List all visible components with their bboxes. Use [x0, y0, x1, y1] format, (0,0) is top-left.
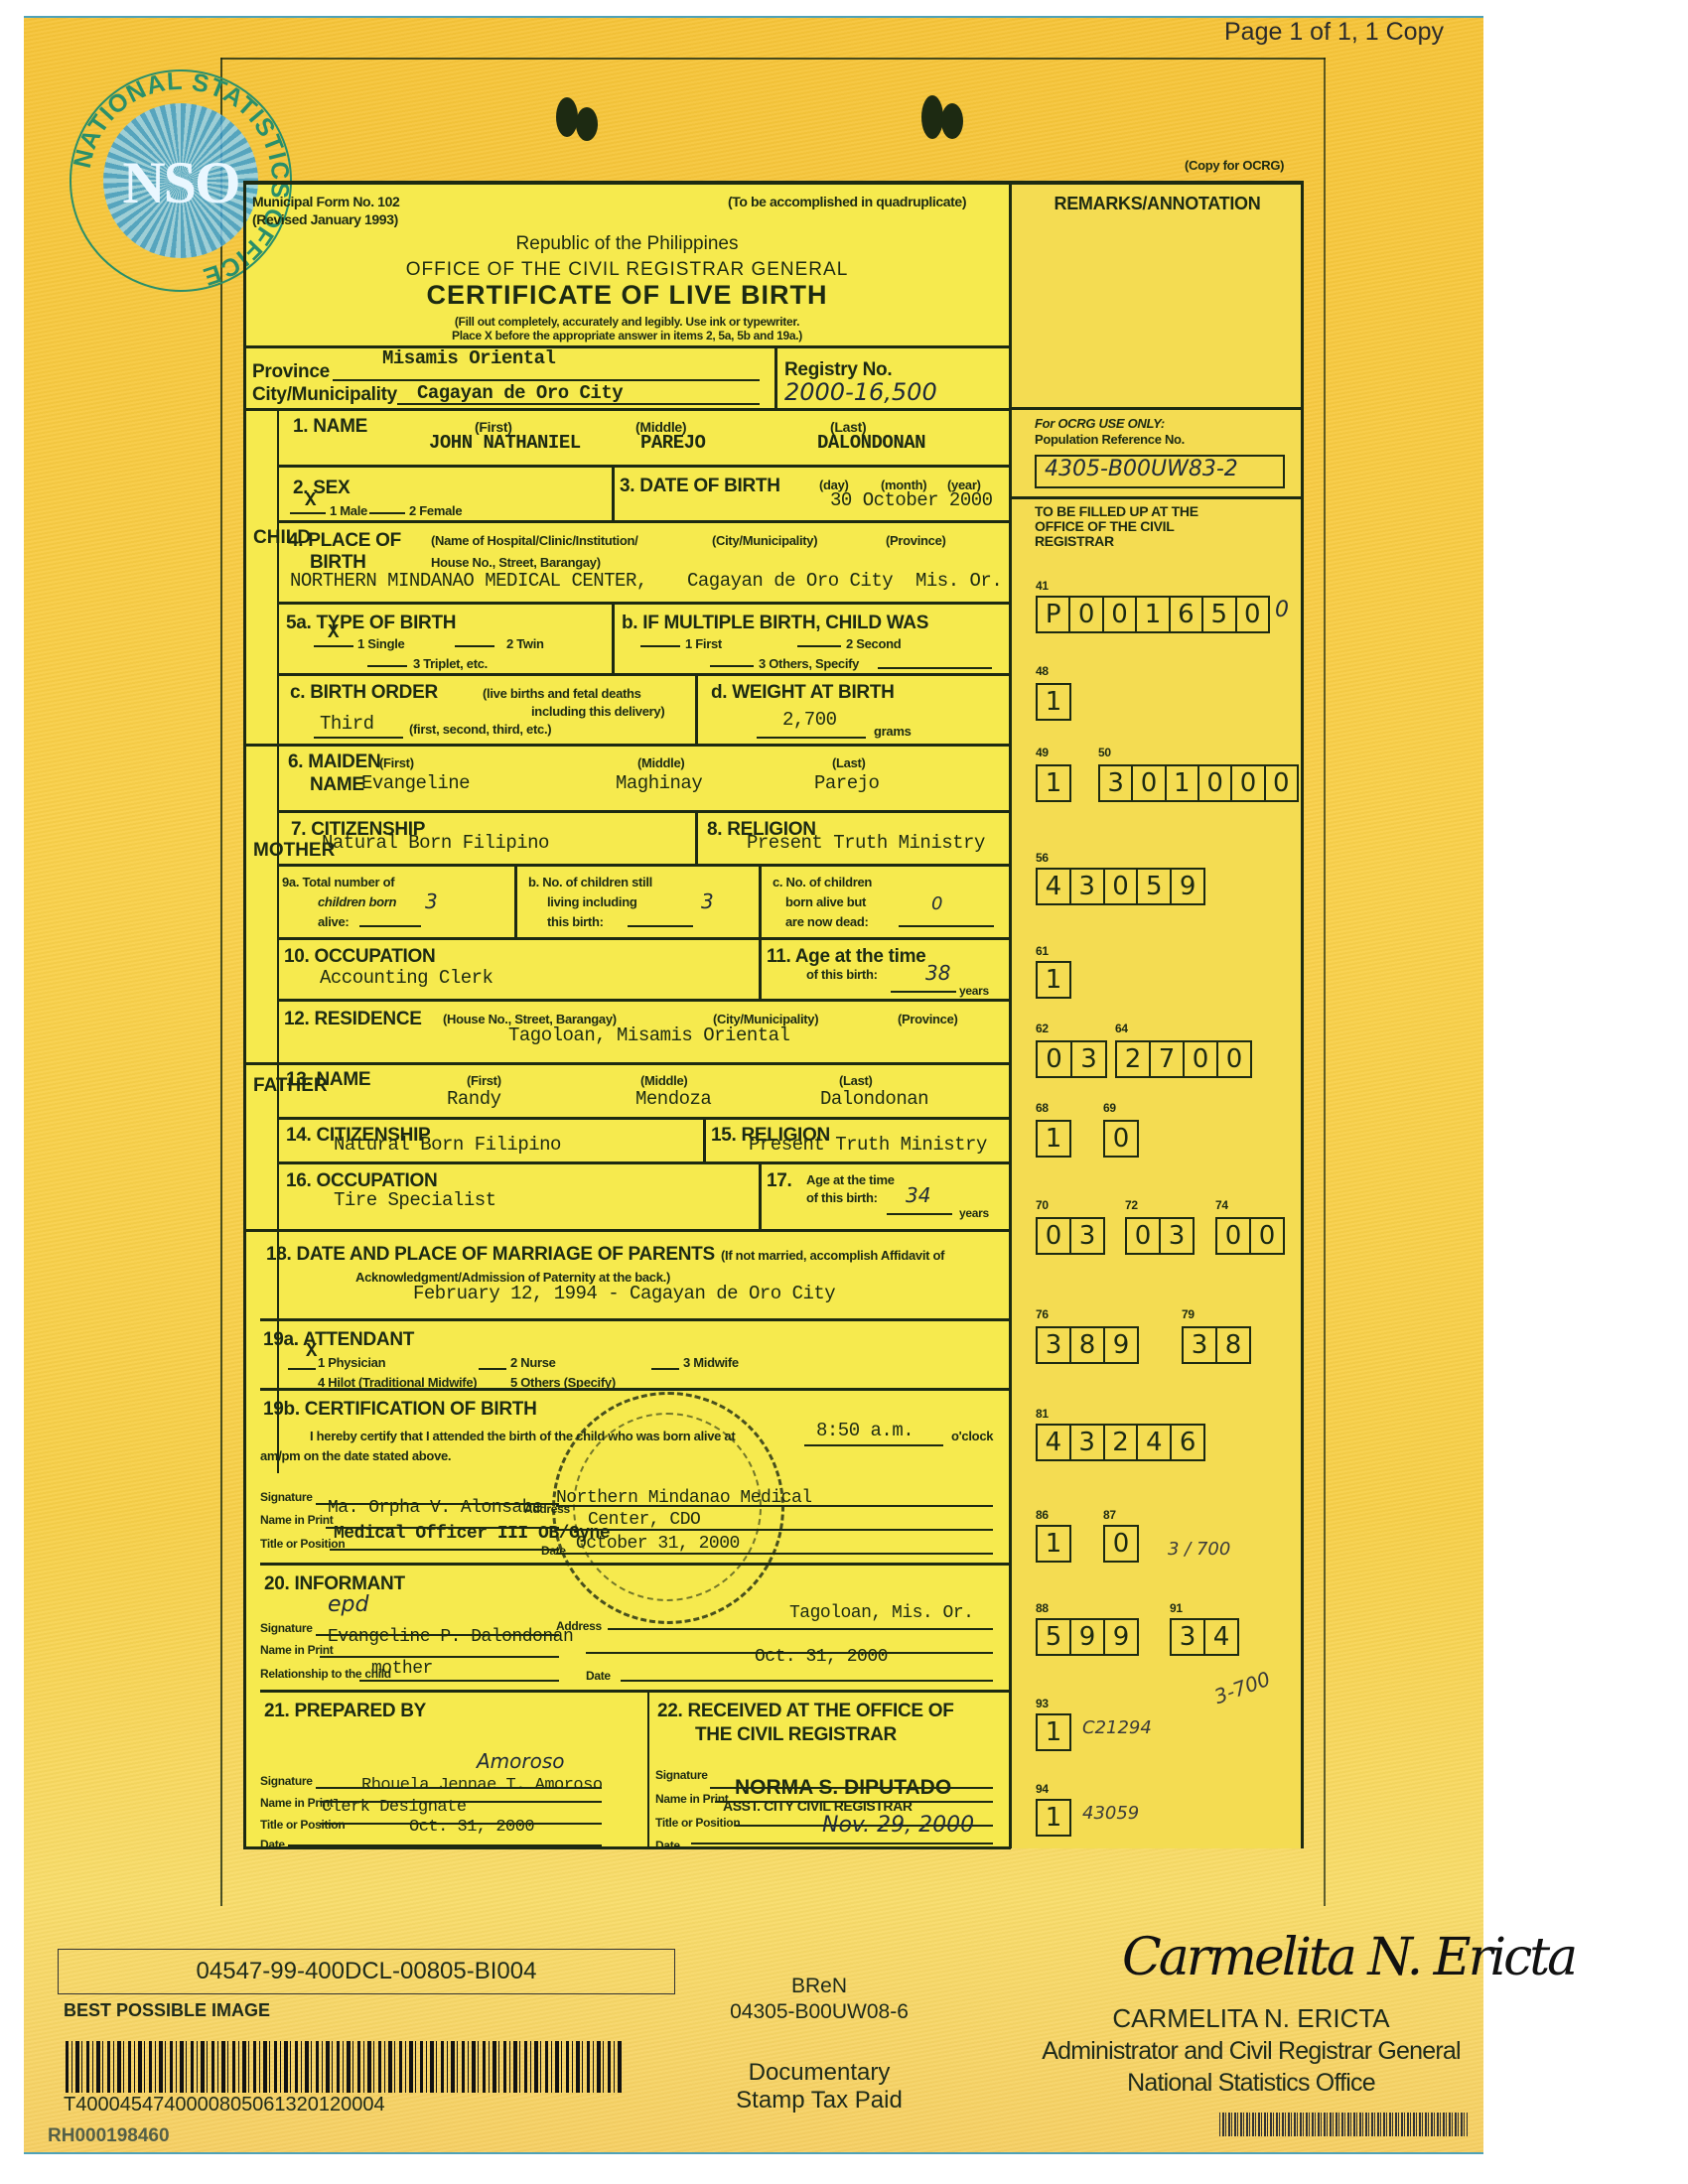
column-divider — [759, 864, 762, 939]
signature-label: Signature — [260, 1622, 313, 1634]
code-box-91: 34 — [1170, 1618, 1239, 1656]
informant-relationship: mother — [371, 1660, 433, 1678]
instructions-line-2: Place X before the appropriate answer in… — [243, 330, 1011, 341]
date-line — [691, 1843, 993, 1844]
code-label: 72 — [1125, 1199, 1138, 1211]
date-line — [621, 1680, 993, 1682]
signature-label: Signature — [655, 1769, 708, 1781]
code-label: 86 — [1036, 1509, 1049, 1521]
stamp-tax-line-2: Stamp Tax Paid — [695, 2089, 943, 2113]
sex-male-blank — [290, 512, 326, 514]
punch-hole-mark — [556, 97, 578, 137]
informant-address: Tagoloan, Mis. Or. — [789, 1604, 973, 1622]
maiden-name-label-2: NAME — [310, 775, 364, 794]
prepared-title: Clerk Designate — [322, 1799, 467, 1816]
code-93-note: C21294 — [1082, 1719, 1152, 1737]
row-divider — [260, 1388, 1011, 1391]
certification-label: 19b. CERTIFICATION OF BIRTH — [263, 1400, 537, 1419]
best-possible-image-label: BEST POSSIBLE IMAGE — [64, 2001, 270, 2019]
first-option: 1 First — [685, 637, 722, 650]
prepared-by-label: 21. PREPARED BY — [264, 1702, 426, 1720]
living-children-underline — [628, 925, 693, 927]
code-box-74: 00 — [1215, 1217, 1285, 1255]
pob-hospital: NORTHERN MINDANAO MEDICAL CENTER, — [290, 572, 647, 591]
birth-time-underline — [804, 1444, 943, 1446]
code-label: 76 — [1036, 1308, 1049, 1320]
birth-order-hint-3: (first, second, third, etc.) — [409, 723, 551, 736]
stamp-tax-line-1: Documentary — [695, 2061, 943, 2085]
sex-female-option: 2 Female — [409, 504, 462, 517]
pob-city-hint: (City/Municipality) — [712, 534, 817, 547]
left-frame-line — [220, 58, 222, 1906]
signatory-name: CARMELITA N. ERICTA — [1023, 2005, 1479, 2031]
row-divider — [277, 999, 1011, 1002]
code-label: 94 — [1036, 1783, 1049, 1795]
code-label: 69 — [1103, 1102, 1116, 1114]
weight-underline — [757, 737, 866, 739]
marriage-hint-1: (If not married, accomplish Affidavit of — [721, 1249, 944, 1262]
row-divider — [277, 673, 1011, 676]
pob-hospital-hint: (Name of Hospital/Clinic/Institution/ — [431, 534, 637, 547]
page-label: Page 1 of 1, 1 Copy — [1224, 20, 1444, 45]
code-label: 87 — [1103, 1509, 1116, 1521]
row-divider — [277, 1161, 1011, 1164]
title-label: Title or Position — [260, 1819, 345, 1831]
father-citizenship: Natural Born Filipino — [334, 1136, 561, 1155]
received-label-2: THE CIVIL REGISTRAR — [695, 1725, 897, 1744]
physician-option: 1 Physician — [318, 1356, 385, 1369]
mother-age-label: 11. Age at the time — [767, 947, 925, 966]
form-left-border — [243, 181, 246, 1848]
city-label: City/Municipality — [252, 385, 397, 404]
received-label-1: 22. RECEIVED AT THE OFFICE OF — [657, 1702, 954, 1720]
father-occupation: Tire Specialist — [334, 1191, 496, 1210]
signature-line — [710, 1787, 993, 1789]
row-divider — [277, 937, 1011, 940]
code-box-87: 0 — [1103, 1525, 1139, 1563]
father-first-name: Randy — [447, 1090, 501, 1109]
right-frame-line — [1324, 58, 1326, 1906]
total-children-label: 9a. Total number of — [282, 876, 394, 888]
section-label-mother: MOTHER — [253, 837, 277, 864]
row-divider — [260, 1318, 1011, 1321]
section-label-column — [277, 408, 279, 1473]
informant-date: Oct. 31, 2000 — [755, 1648, 888, 1666]
code-label: 81 — [1036, 1408, 1049, 1420]
copy-for-label: (Copy for OCRG) — [1185, 159, 1284, 172]
relationship-line — [359, 1680, 559, 1682]
section-divider — [243, 1062, 1011, 1065]
section-divider — [243, 1229, 1011, 1232]
single-option: 1 Single — [357, 637, 404, 650]
code-label: 41 — [1036, 580, 1049, 592]
father-last-name: Dalondonan — [820, 1090, 928, 1109]
code-box-41: P001650 — [1036, 596, 1270, 633]
triplet-blank — [367, 665, 407, 667]
code-94-note: 43059 — [1082, 1805, 1139, 1823]
remarks-divider — [1011, 407, 1304, 410]
column-divider — [612, 465, 615, 521]
code-label: 79 — [1182, 1308, 1195, 1320]
province-value: Misamis Oriental — [382, 349, 555, 368]
triplet-option: 3 Triplet, etc. — [413, 657, 488, 670]
filled-up-label-2: OFFICE OF THE CIVIL — [1035, 519, 1175, 533]
residence-province-hint: (Province) — [898, 1013, 958, 1025]
sex-mark: X — [305, 491, 316, 510]
date-label: Date — [586, 1670, 611, 1682]
birth-order-value: Third — [320, 715, 374, 734]
total-children-value: 3 — [425, 891, 438, 911]
birth-type-mark: X — [328, 623, 339, 642]
row-divider — [260, 1690, 1011, 1693]
child-first-name: JOHN NATHANIEL — [429, 434, 581, 453]
bren-label: BReN — [695, 1976, 943, 1996]
others-blank — [710, 665, 754, 667]
name-line — [715, 1801, 993, 1803]
title-label: Title or Position — [655, 1817, 740, 1829]
father-age-label-2: of this birth: — [806, 1191, 878, 1204]
section-label-child: CHILD — [253, 524, 277, 551]
residence-label: 12. RESIDENCE — [284, 1010, 422, 1028]
section-label-father: FATHER — [253, 1072, 277, 1099]
birth-time: 8:50 a.m. — [816, 1422, 914, 1440]
code-box-62: 03 — [1036, 1040, 1107, 1078]
twin-option: 2 Twin — [506, 637, 544, 650]
remarks-background — [1011, 181, 1304, 1848]
father-age-label-num: 17. — [767, 1171, 792, 1190]
code-label: 93 — [1036, 1698, 1049, 1709]
total-children-underline — [359, 925, 421, 927]
row-divider — [277, 602, 1011, 605]
province-underline — [333, 379, 760, 381]
name-in-print-label: Name in Print — [260, 1514, 333, 1526]
code-label: 74 — [1215, 1199, 1228, 1211]
prepared-signature: Amoroso — [477, 1751, 565, 1771]
birth-order-label: c. BIRTH ORDER — [290, 683, 438, 702]
father-age-label: Age at the time — [806, 1173, 895, 1186]
code-label: 91 — [1170, 1602, 1183, 1614]
code-box-76: 389 — [1036, 1326, 1139, 1364]
physician-blank — [288, 1368, 316, 1370]
dob-label: 3. DATE OF BIRTH — [620, 477, 780, 495]
barcode-number: T4000454740000805061320120004 — [64, 2095, 385, 2115]
sex-label: 2. SEX — [293, 478, 350, 497]
father-age-unit: years — [959, 1207, 989, 1219]
title-line — [330, 1549, 559, 1551]
mother-citizenship: Natural Born Filipino — [322, 834, 549, 853]
mother-first-name: Evangeline — [361, 774, 470, 793]
date-label: Date — [655, 1840, 680, 1851]
signature-label: Signature — [260, 1491, 313, 1503]
midwife-blank — [651, 1368, 679, 1370]
mother-residence: Tagoloan, Misamis Oriental — [508, 1026, 789, 1045]
code-label: 49 — [1036, 747, 1049, 758]
pob-house-hint: House No., Street, Barangay) — [431, 556, 601, 569]
code-label: 61 — [1036, 945, 1049, 957]
mother-age-unit: years — [959, 985, 989, 997]
row-divider — [277, 810, 1011, 813]
birth-order-underline — [314, 737, 403, 739]
document-code: 04547-99-400DCL-00805-BI004 — [59, 1960, 674, 1983]
code-box-81: 43246 — [1036, 1424, 1205, 1461]
row-divider — [243, 408, 1011, 411]
weight-unit: grams — [874, 725, 912, 738]
birth-type-label: 5a. TYPE OF BIRTH — [286, 614, 456, 632]
code-box-72: 03 — [1125, 1217, 1195, 1255]
others-option: 3 Others, Specify — [759, 657, 859, 670]
attendant-name: Ma. Orpha V. Alonsabe — [328, 1499, 542, 1517]
dead-children-label-2: born alive but — [785, 895, 866, 908]
code-box-88: 599 — [1036, 1618, 1139, 1656]
child-last-name: DALONDONAN — [817, 434, 925, 453]
filled-up-label-3: REGISTRAR — [1035, 534, 1114, 548]
second-blank — [797, 645, 841, 647]
code-label: 62 — [1036, 1023, 1049, 1034]
population-ref-number: 4305-B00UW83-2 — [1045, 459, 1238, 480]
column-divider — [612, 602, 615, 673]
code-label: 70 — [1036, 1199, 1049, 1211]
pob-label: 4. PLACE OF — [288, 531, 401, 550]
living-children-label-3: this birth: — [547, 915, 604, 928]
city-underline — [397, 403, 760, 405]
form-right-border — [1009, 181, 1012, 1848]
registry-divider — [774, 345, 777, 410]
republic-label: Republic of the Philippines — [243, 234, 1011, 253]
middle-name-label: (Middle) — [637, 756, 684, 769]
multiple-birth-label: b. IF MULTIPLE BIRTH, CHILD WAS — [622, 614, 928, 632]
weight-label: d. WEIGHT AT BIRTH — [711, 683, 895, 702]
pob-province: Mis. Or. — [915, 572, 1002, 591]
first-blank — [640, 645, 680, 647]
address-line — [608, 1628, 993, 1630]
city-value: Cagayan de Oro City — [417, 384, 623, 403]
top-frame-line — [220, 58, 1326, 60]
name-in-print-label: Name in Print — [655, 1793, 728, 1805]
others-specify-blank — [878, 667, 992, 669]
code-box-56: 43059 — [1036, 868, 1205, 905]
birth-order-hint-1: (live births and fetal deaths — [483, 687, 641, 700]
code-box-49: 1 — [1036, 764, 1071, 802]
punch-hole-mark — [921, 95, 943, 139]
first-name-label: (First) — [379, 756, 414, 769]
total-children-label-3: alive: — [318, 915, 349, 928]
twin-blank — [455, 645, 494, 647]
remarks-title: REMARKS/ANNOTATION — [1011, 195, 1304, 212]
registrar-general-signature: Carmelita N. Ericta — [1122, 1932, 1575, 1983]
row-divider — [277, 1117, 1011, 1120]
living-children-label: b. No. of children still — [528, 876, 652, 888]
single-blank — [314, 645, 353, 647]
mother-religion: Present Truth Ministry — [747, 834, 985, 853]
birth-order-hint-2: including this delivery) — [531, 705, 664, 718]
date-label: Date — [260, 1839, 285, 1850]
received-date: Nov. 29, 2000 — [822, 1815, 974, 1837]
code-box-50: 301000 — [1098, 764, 1299, 802]
column-divider — [695, 810, 698, 866]
row-divider — [277, 465, 1011, 468]
signature-label: Signature — [260, 1775, 313, 1787]
address-label: Address — [556, 1620, 602, 1632]
registry-number: 2000-16,500 — [784, 380, 937, 404]
bren-number: 04305-B00UW08-6 — [695, 2001, 943, 2022]
filled-up-label-1: TO BE FILLED UP AT THE — [1035, 504, 1198, 518]
code-box-79: 38 — [1182, 1326, 1251, 1364]
living-children-value: 3 — [701, 891, 714, 911]
document-code-box: 04547-99-400DCL-00805-BI004 — [58, 1949, 675, 1994]
code-41-extra: 0 — [1275, 600, 1289, 621]
attendant-label: 19a. ATTENDANT — [263, 1330, 414, 1349]
civil-registrar-stamp — [552, 1392, 784, 1624]
code-box-64: 2700 — [1115, 1040, 1252, 1078]
punch-hole-mark — [576, 107, 598, 141]
attendant-mark: X — [306, 1342, 317, 1361]
maiden-name-label: 6. MAIDEN — [288, 752, 380, 771]
dead-children-label-3: are now dead: — [785, 915, 869, 928]
row-divider — [243, 345, 1011, 348]
column-divider — [695, 673, 698, 745]
mother-age-label-2: of this birth: — [806, 968, 878, 981]
code-box-69: 0 — [1103, 1120, 1139, 1158]
dead-children-label: c. No. of children — [773, 876, 872, 888]
living-children-label-2: living including — [547, 895, 637, 908]
remarks-right-border — [1301, 181, 1304, 1848]
small-barcode — [1219, 2113, 1468, 2136]
column-divider — [759, 1161, 762, 1229]
population-ref-label: Population Reference No. — [1035, 433, 1185, 446]
population-ref-box: 4305-B00UW83-2 — [1035, 455, 1285, 488]
dead-children-underline — [899, 925, 994, 927]
remarks-divider — [1011, 496, 1304, 499]
prepared-name: Rhouela Jennae T. Amoroso — [361, 1777, 603, 1794]
code-label: 56 — [1036, 852, 1049, 864]
sex-male-option: 1 Male — [330, 504, 367, 517]
instructions-line-1: (Fill out completely, accurately and leg… — [243, 316, 1011, 328]
code-box-68: 1 — [1036, 1120, 1071, 1158]
rh-code: RH000198460 — [48, 2126, 170, 2145]
last-name-label: (Last) — [832, 756, 866, 769]
code-box-48: 1 — [1036, 683, 1071, 721]
code-box-70: 03 — [1036, 1217, 1105, 1255]
nurse-blank — [479, 1368, 506, 1370]
informant-signature: epd — [328, 1594, 368, 1616]
total-children-label-2: children born — [318, 895, 396, 908]
column-divider — [759, 937, 762, 999]
code-label: 48 — [1036, 665, 1049, 677]
midwife-option: 3 Midwife — [683, 1356, 739, 1369]
form-revised: (Revised January 1993) — [252, 212, 398, 226]
form-number: Municipal Form No. 102 — [252, 195, 399, 208]
date-line — [288, 1844, 602, 1846]
middle-name-label: (Middle) — [640, 1074, 687, 1087]
code-box-61: 1 — [1036, 961, 1071, 999]
row-divider — [277, 864, 1011, 867]
mother-occupation: Accounting Clerk — [320, 969, 492, 988]
father-religion: Present Truth Ministry — [749, 1136, 987, 1155]
code-label: 64 — [1115, 1023, 1128, 1034]
prepared-date: Oct. 31, 2000 — [409, 1819, 534, 1836]
form-top-border — [243, 181, 1304, 185]
father-age-underline — [887, 1213, 952, 1215]
margin-note: 3 / 700 — [1168, 1541, 1230, 1559]
weight-value: 2,700 — [782, 711, 837, 730]
code-box-86: 1 — [1036, 1525, 1071, 1563]
child-name-label: 1. NAME — [293, 417, 367, 436]
father-occupation-label: 16. OCCUPATION — [286, 1171, 437, 1190]
child-middle-name: PAREJO — [640, 434, 705, 453]
mother-age: 38 — [925, 963, 950, 983]
column-divider — [514, 864, 517, 939]
signatory-office: National Statistics Office — [1023, 2071, 1479, 2096]
dead-children-value: 0 — [931, 895, 942, 913]
form-bottom-border — [243, 1846, 1011, 1849]
informant-name: Evangeline P. Dalondonan — [328, 1628, 573, 1646]
code-label: 88 — [1036, 1602, 1049, 1614]
row-divider — [277, 520, 1011, 523]
province-label: Province — [252, 362, 330, 381]
code-box-93: 1 — [1036, 1713, 1071, 1751]
father-middle-name: Mendoza — [635, 1090, 711, 1109]
section-divider — [243, 744, 1011, 747]
code-label: 50 — [1098, 747, 1111, 758]
ocrg-use-label: For OCRG USE ONLY: — [1035, 417, 1165, 430]
barcode — [66, 2041, 622, 2093]
name-in-print-label: Name in Print — [260, 1644, 333, 1656]
mother-last-name: Parejo — [814, 774, 879, 793]
first-name-label: (First) — [467, 1074, 501, 1087]
oclock-label: o'clock — [951, 1430, 993, 1442]
office-label: OFFICE OF THE CIVIL REGISTRAR GENERAL — [243, 260, 1011, 279]
code-box-94: 1 — [1036, 1799, 1071, 1837]
registry-label: Registry No. — [784, 360, 892, 379]
signatory-title: Administrator and Civil Registrar Genera… — [1023, 2039, 1479, 2064]
name-line — [320, 1656, 559, 1658]
mother-middle-name: Maghinay — [616, 774, 702, 793]
quadruplicate-note: (To be accomplished in quadruplicate) — [728, 195, 966, 208]
dob-value: 30 October 2000 — [830, 491, 993, 510]
pob-city: Cagayan de Oro City — [687, 572, 893, 591]
father-age: 34 — [906, 1185, 930, 1205]
second-option: 2 Second — [846, 637, 901, 650]
mother-occupation-label: 10. OCCUPATION — [284, 947, 435, 966]
marriage-value: February 12, 1994 - Cagayan de Oro City — [413, 1285, 835, 1303]
last-name-label: (Last) — [839, 1074, 873, 1087]
pob-province-hint: (Province) — [886, 534, 946, 547]
code-label: 68 — [1036, 1102, 1049, 1114]
certificate-title: CERTIFICATE OF LIVE BIRTH — [243, 282, 1011, 309]
punch-hole-mark — [941, 103, 963, 139]
column-divider — [647, 1690, 649, 1848]
mother-age-underline — [891, 991, 956, 993]
certification-text-2: am/pm on the date stated above. — [260, 1449, 451, 1462]
father-name-label: 13. NAME — [286, 1070, 370, 1089]
informant-label: 20. INFORMANT — [264, 1574, 405, 1593]
nurse-option: 2 Nurse — [510, 1356, 556, 1369]
sex-female-blank — [369, 512, 405, 514]
marriage-label: 18. DATE AND PLACE OF MARRIAGE OF PARENT… — [266, 1245, 715, 1264]
column-divider — [703, 1117, 706, 1162]
